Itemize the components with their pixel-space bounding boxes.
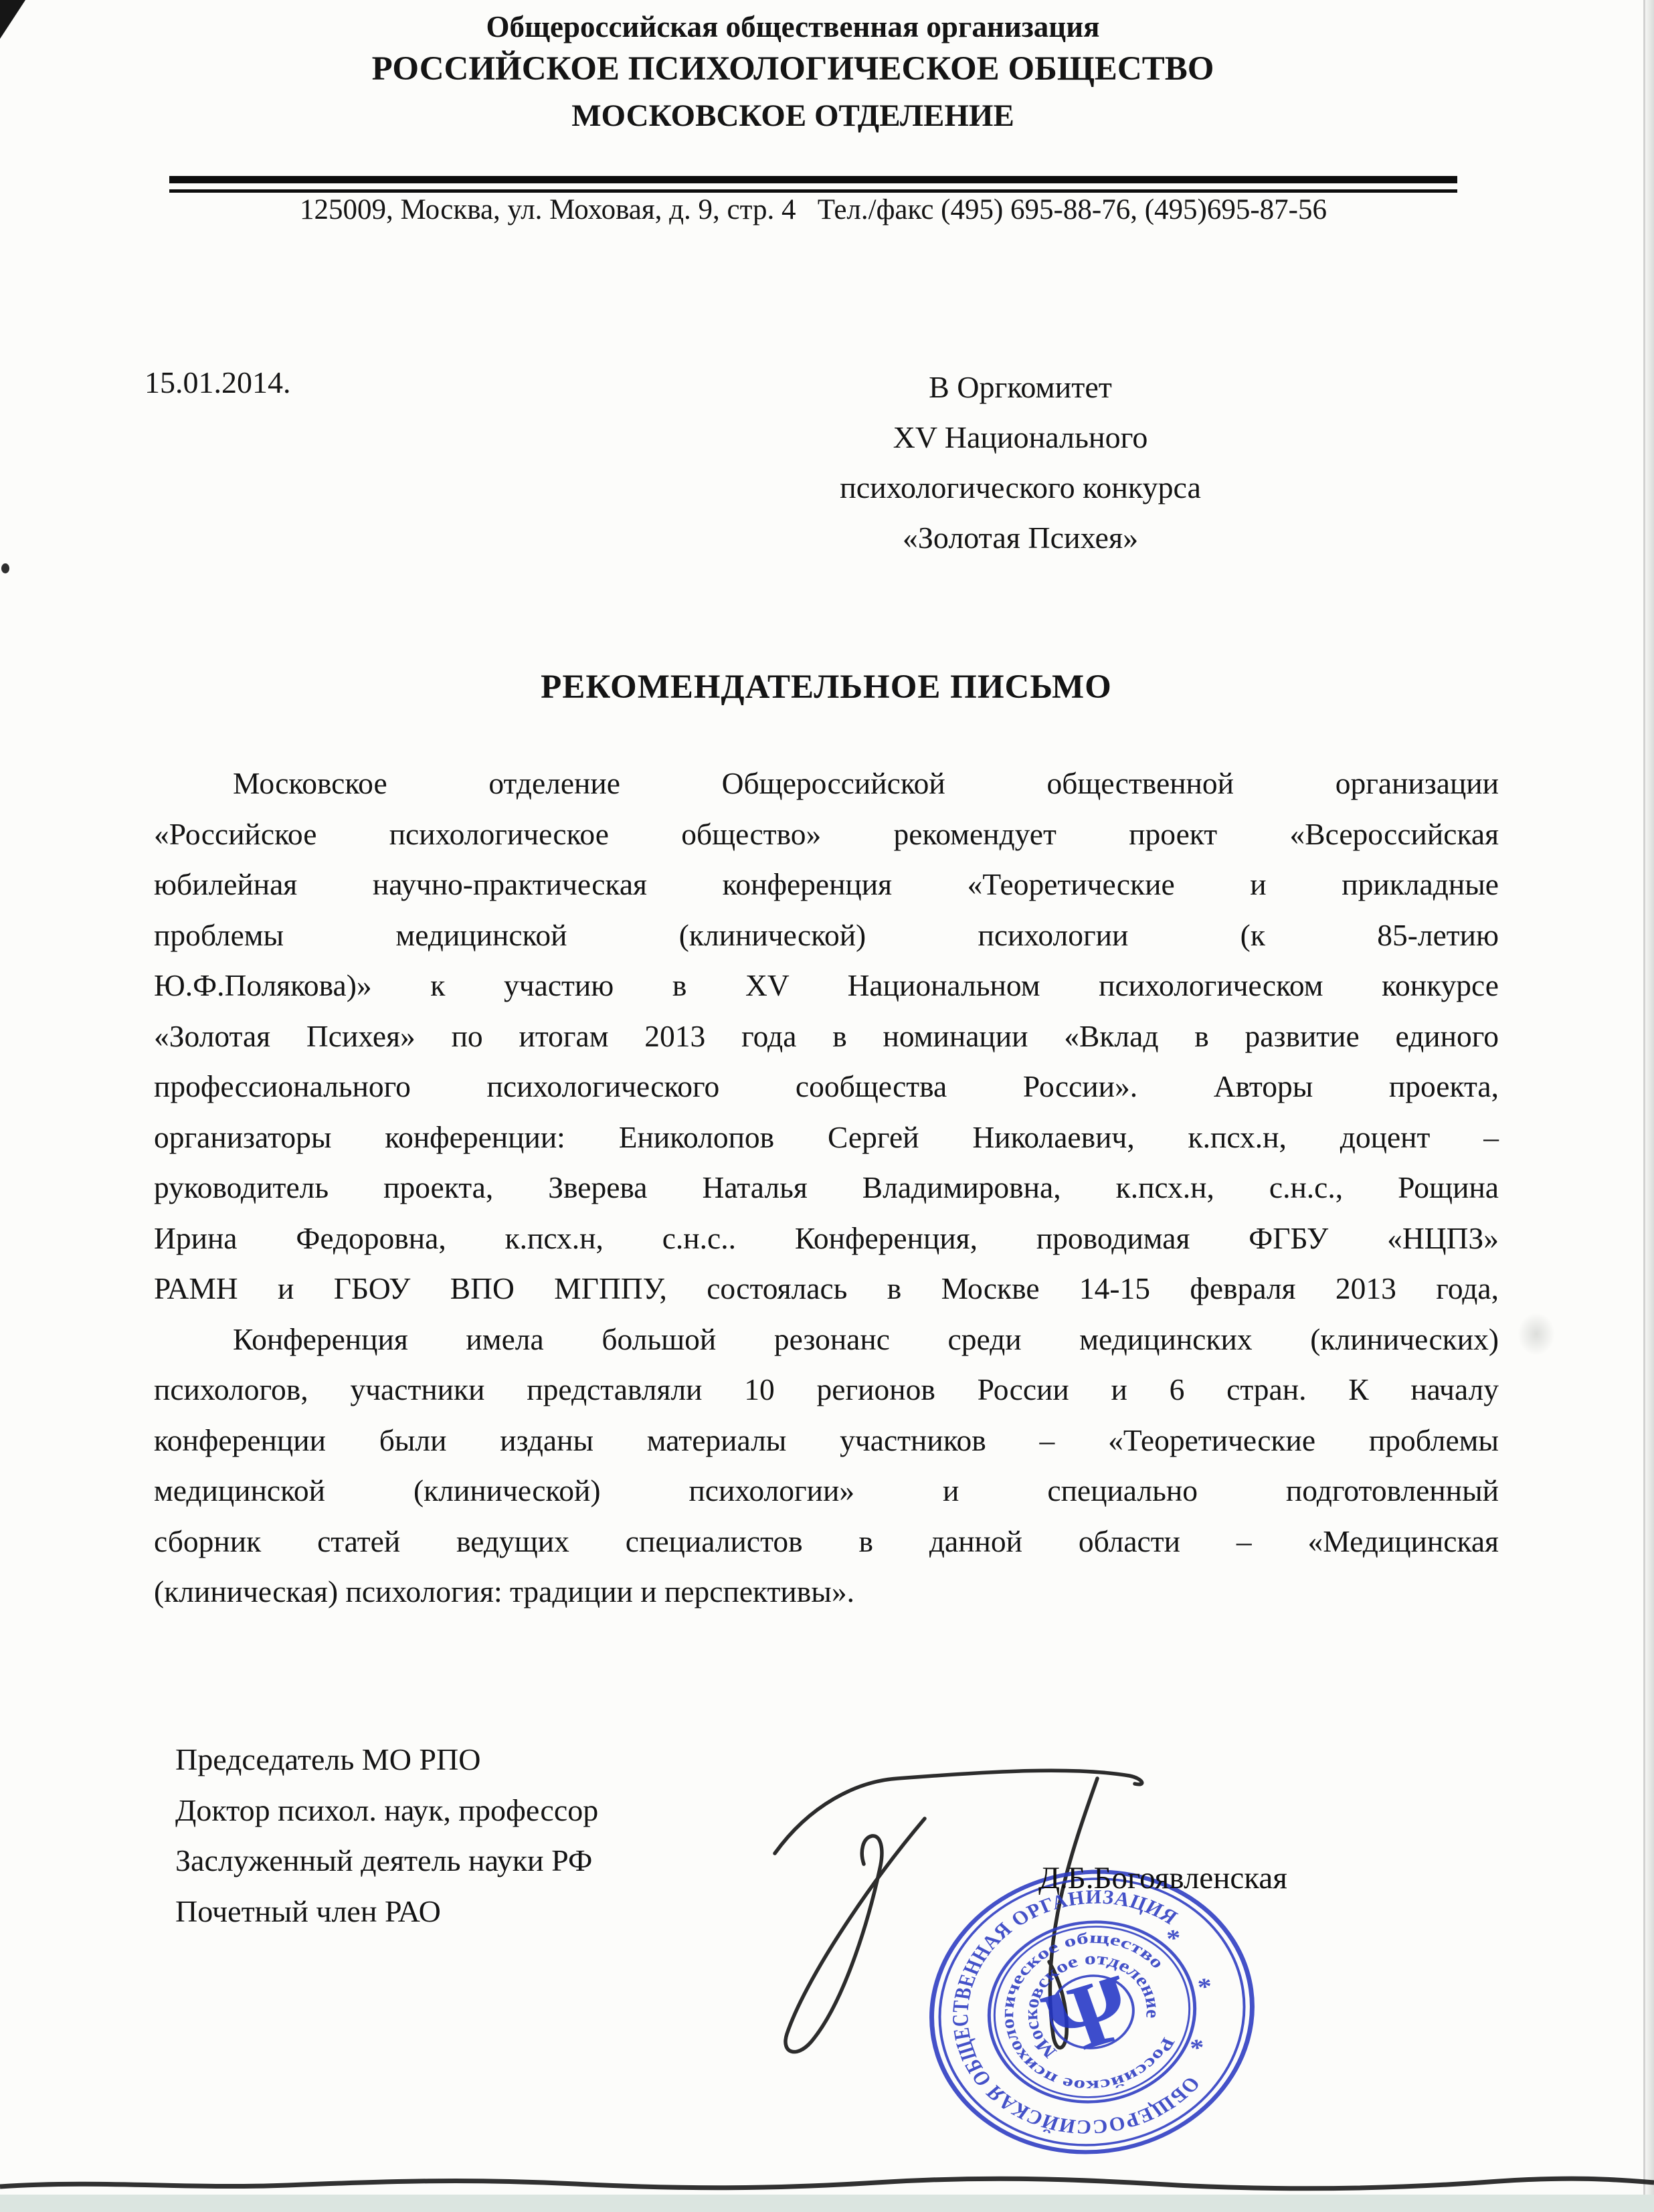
body-line: Конференция имела большой резонанс среди… (154, 1314, 1499, 1365)
org-name: РОССИЙСКОЕ ПСИХОЛОГИЧЕСКОЕ ОБЩЕСТВО (0, 50, 1586, 88)
paragraph-1: Московское отделение Общероссийской обще… (154, 758, 1499, 1314)
scan-speck-artifact (1, 563, 9, 573)
body-line: РАМН и ГБОУ ВПО МГППУ, состоялась в Моск… (154, 1263, 1499, 1314)
letterhead-rule-thick (169, 176, 1457, 183)
body-line: Ирина Федоровна, к.псх.н, с.н.с.. Конфер… (154, 1213, 1499, 1264)
letter-title: РЕКОМЕНДАТЕЛЬНОЕ ПИСЬМО (154, 668, 1499, 707)
body-line: (клиническая) психология: традиции и пер… (154, 1566, 1499, 1617)
body-line: руководитель проекта, Зверева Наталья Вл… (154, 1162, 1499, 1213)
addressee-line: психологического конкурса (719, 462, 1321, 513)
letter-body: Московское отделение Общероссийской обще… (154, 758, 1499, 1617)
stamp-star-icon: * (1188, 2033, 1206, 2062)
org-type: Общероссийская общественная организация (0, 9, 1586, 44)
body-line: профессионального психологического сообщ… (154, 1061, 1499, 1112)
scanned-letter-page: Общероссийская общественная организация … (0, 0, 1654, 2212)
body-line: проблемы медицинской (клинической) психо… (154, 910, 1499, 961)
body-line: организаторы конференции: Ениколопов Сер… (154, 1112, 1499, 1163)
letterhead-rule-thin (169, 189, 1457, 193)
letterhead-address: 125009, Москва, ул. Моховая, д. 9, стр. … (169, 193, 1457, 226)
official-stamp: ОБЩЕРОССИЙСКАЯ ОБЩЕСТВЕННАЯ ОРГАНИЗАЦИЯ … (925, 1855, 1259, 2162)
body-line: медицинской (клинической) психологии» и … (154, 1465, 1499, 1516)
paper-edge-shadow (0, 2167, 1654, 2200)
body-line: юбилейная научно-практическая конференци… (154, 859, 1499, 910)
scan-edge-line (1643, 0, 1645, 2212)
scan-smudge-artifact (1518, 1313, 1555, 1356)
signature-stroke (786, 1819, 925, 2052)
body-line: «Золотая Психея» по итогам 2013 года в н… (154, 1011, 1499, 1062)
branch-name: МОСКОВСКОЕ ОТДЕЛЕНИЕ (0, 98, 1586, 134)
body-line: «Российское психологическое общество» ре… (154, 809, 1499, 860)
body-line: Московское отделение Общероссийской обще… (154, 758, 1499, 809)
addressee-line: XV Национального (719, 412, 1321, 462)
addressee-block: В ОргкомитетXV Национальногопсихологичес… (719, 362, 1321, 563)
letter-date: 15.01.2014. (145, 365, 291, 400)
stamp-star-icon: * (1196, 1972, 1214, 2001)
stamp-star-icon: * (1165, 1924, 1182, 1952)
letterhead: Общероссийская общественная организация … (0, 9, 1586, 134)
body-line: Ю.Ф.Полякова)» к участию в XV Национальн… (154, 960, 1499, 1011)
paragraph-2: Конференция имела большой резонанс среди… (154, 1314, 1499, 1617)
body-line: психологов, участники представляли 10 ре… (154, 1364, 1499, 1415)
body-line: сборник статей ведущих специалистов в да… (154, 1516, 1499, 1567)
addressee-line: «Золотая Психея» (719, 513, 1321, 563)
body-line: конференции были изданы материалы участн… (154, 1415, 1499, 1466)
addressee-line: В Оргкомитет (719, 362, 1321, 412)
signatory-name: Д.Б.Богоявленская (1038, 1860, 1287, 1896)
